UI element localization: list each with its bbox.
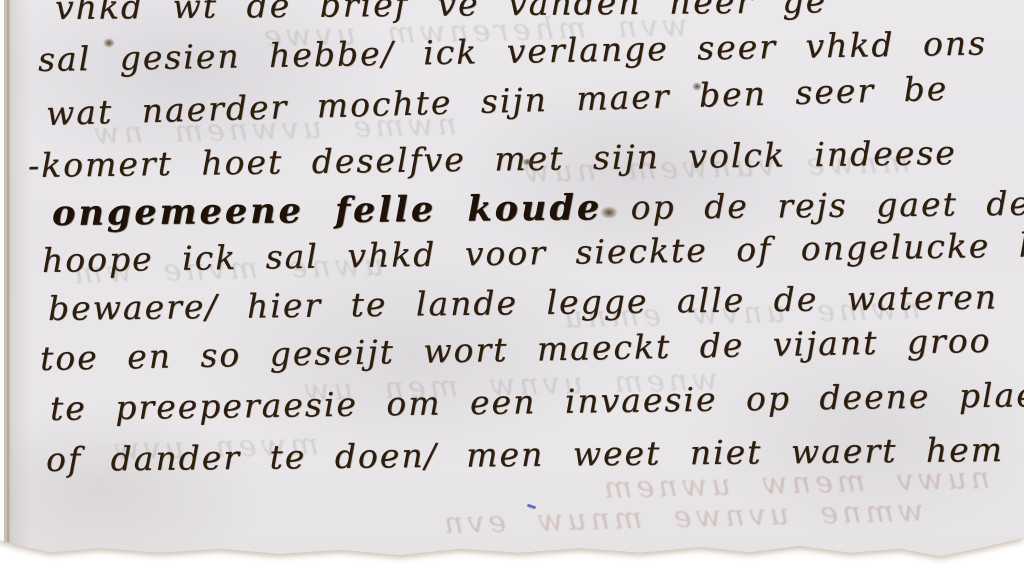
handwriting-segment: wat naerder mochte sijn maer ben seer be [45, 69, 948, 133]
scan-background: wvn mherenwm uvwenwme uvwnem nwmnwe vunw… [0, 0, 1024, 577]
handwriting-line: of dander te doen/ men weet niet waert h… [46, 430, 1004, 479]
paper-shadow-wrap: wvn mherenwm uvwenwme uvwnem nwmnwe vunw… [0, 0, 1024, 577]
handwriting-line: -komert hoet deselfve met sijn volck ind… [28, 133, 957, 185]
handwriting-segment: hoope ick sal vhkd voor sieckte of ongel… [42, 225, 1024, 280]
handwriting-line: vhkd wt de brief ve vanden heer ge [55, 0, 828, 27]
manuscript-paper: wvn mherenwm uvwenwme uvwnem nwmnwe vunw… [0, 0, 1024, 577]
handwriting-segment: of dander te doen/ men weet niet waert h… [46, 430, 1004, 479]
handwriting-line: te preeperaesie om een invaesie op deene… [50, 375, 1024, 428]
handwriting-line: ongemeene felle koude op de rejs gaet de… [52, 182, 1024, 234]
handwriting-segment: bewaere/ hier te lande legge alle de wat… [48, 277, 998, 328]
handwriting-segment: op de rejs gaet dehey [602, 183, 1024, 227]
bleedthrough-line: wmne uvnwe mnuw evn [440, 494, 924, 542]
handwriting-line: toe en so geseijt wort maeckt de vijant … [40, 321, 992, 378]
handwriting-line: hoope ick sal vhkd voor sieckte of ongel… [42, 225, 1024, 280]
handwriting-segment: te preeperaesie om een invaesie op deene… [50, 375, 1024, 428]
handwriting-line: bewaere/ hier te lande legge alle de wat… [48, 277, 998, 328]
handwriting-segment: -komert hoet deselfve met sijn volck ind… [28, 133, 957, 185]
handwriting-segment-bold: ongemeene felle koude [52, 187, 603, 234]
ink-speck [527, 504, 536, 510]
handwriting-segment: vhkd wt de brief ve vanden heer ge [55, 0, 828, 27]
paper-left-edge [0, 0, 10, 577]
handwriting-segment: toe en so geseijt wort maeckt de vijant … [40, 321, 992, 378]
handwriting-line: wat naerder mochte sijn maer ben seer be [45, 69, 948, 133]
